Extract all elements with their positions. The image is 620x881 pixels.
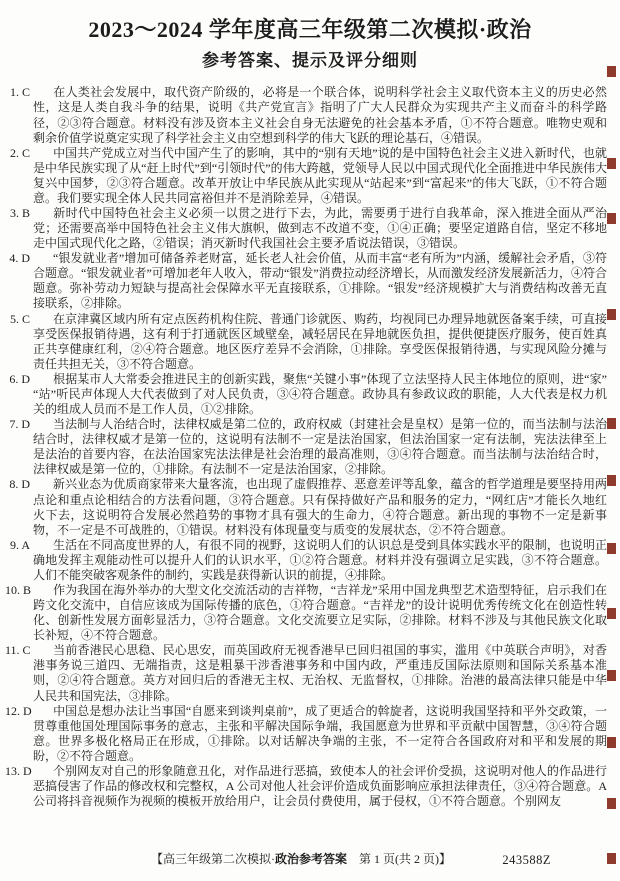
- answer-text: 新兴业态为优质商家带来大量客流，也出现了虚假推荐、恶意差评等乱象，蕴含的哲学道理…: [33, 477, 607, 536]
- answers-section: 1. C在人类社会发展中，取代资产阶级的，必将是一个联合体，说明科学社会主义取代…: [5, 85, 607, 809]
- scan-mark: [607, 66, 616, 77]
- answer-number: 6. D: [5, 372, 30, 387]
- answer-item-6: 6. D根据某市人大常委会推进民主的创新实践，聚焦“关键小事”体现了立法坚持人民…: [5, 372, 607, 417]
- answer-number: 11. C: [5, 643, 30, 658]
- answer-text: 个别网友对自己的形象随意丑化，对作品进行恶搞，致使本人的社会评价受损，这说明对他…: [33, 764, 607, 808]
- footer-caption-prefix: 【高三年级第二次模拟·: [151, 852, 275, 866]
- footer-page-code: 243588Z: [502, 852, 551, 868]
- answer-number: 1. C: [5, 85, 30, 100]
- answer-item-11: 11. C当前香港民心思稳、民心思安，而英国政府无视香港早已回归祖国的事实，滥用…: [5, 643, 607, 703]
- answer-item-4: 4. D“银发就业者”增加可储备养老财富，延长老人社会价值，从而丰富“老有所为”…: [5, 251, 607, 311]
- answer-item-12: 12. D中国总是想办法让当事国“自愿来到谈判桌前”，成了更适合的斡旋者，这说明…: [5, 704, 607, 764]
- scan-mark: [607, 798, 616, 809]
- answer-text: 在京津冀区域内所有定点医药机构住院、普通门诊就医、购药，均视同已办理异地就医备案…: [33, 312, 607, 371]
- answer-item-5: 5. C在京津冀区域内所有定点医药机构住院、普通门诊就医、购药，均视同已办理异地…: [5, 312, 607, 372]
- answer-text: 中国总是想办法让当事国“自愿来到谈判桌前”，成了更适合的斡旋者，这说明我国坚持和…: [33, 704, 607, 763]
- page: 2023～2024 学年度高三年级第二次模拟·政治 参考答案、提示及评分细则 1…: [0, 0, 620, 881]
- scan-mark: [607, 853, 616, 864]
- answer-number: 3. B: [5, 206, 30, 221]
- exam-title: 2023～2024 学年度高三年级第二次模拟·政治: [8, 16, 612, 45]
- answer-number: 9. A: [5, 538, 30, 553]
- scan-mark: [607, 670, 616, 681]
- answer-number: 7. D: [5, 417, 30, 432]
- answer-text: 根据某市人大常委会推进民主的创新实践，聚焦“关键小事”体现了立法坚持人民主体地位…: [33, 372, 607, 416]
- page-footer: 【高三年级第二次模拟·政治参考答案 第 1 页(共 2 页)】 243588Z: [0, 851, 620, 867]
- answer-number: 12. D: [5, 704, 30, 719]
- answer-item-13: 13. D个别网友对自己的形象随意丑化，对作品进行恶搞，致使本人的社会评价受损，…: [5, 764, 607, 809]
- exam-subtitle: 参考答案、提示及评分细则: [8, 49, 612, 73]
- footer-caption-suffix: 第 1 页(共 2 页)】: [347, 852, 451, 866]
- answer-text: 当法制与人治结合时，法律权威是第二位的，政府权威（封建社会是皇权）是第一位的，而…: [33, 417, 607, 476]
- scan-mark: [607, 418, 616, 429]
- answer-item-9: 9. A生活在不同高度世界的人，有很不同的视野，这说明人们的认识总是受到具体实践…: [5, 538, 607, 583]
- answer-number: 5. C: [5, 312, 30, 327]
- answer-number: 13. D: [5, 764, 30, 779]
- scan-mark: [607, 543, 616, 554]
- answer-item-2: 2. C中国共产党成立对当代中国产生了的影响，其中的“别有天地”说的是中国特色社…: [5, 146, 607, 206]
- scan-mark: [607, 213, 616, 224]
- answer-item-10: 10. B作为我国在海外举办的大型文化交流活动的吉祥物，“吉祥龙”采用中国龙典型…: [5, 583, 607, 643]
- answer-text: “银发就业者”增加可储备养老财富，延长老人社会价值，从而丰富“老有所为”内涵，缓…: [33, 251, 607, 310]
- answer-number: 4. D: [5, 251, 30, 266]
- scan-mark: [607, 608, 616, 619]
- answer-item-8: 8. D新兴业态为优质商家带来大量客流，也出现了虚假推荐、恶意差评等乱象，蕴含的…: [5, 477, 607, 537]
- answer-text: 当前香港民心思稳、民心思安，而英国政府无视香港早已回归祖国的事实，滥用《中英联合…: [33, 643, 607, 702]
- scan-mark: [607, 309, 616, 320]
- scan-mark: [607, 158, 616, 169]
- scan-mark: [607, 475, 616, 486]
- answer-text: 中国共产党成立对当代中国产生了的影响，其中的“别有天地”说的是中国特色社会主义进…: [33, 146, 607, 205]
- answer-text: 生活在不同高度世界的人，有很不同的视野，这说明人们的认识总是受到具体实践水平的限…: [33, 538, 607, 582]
- answer-number: 2. C: [5, 146, 30, 161]
- answer-item-1: 1. C在人类社会发展中，取代资产阶级的，必将是一个联合体，说明科学社会主义取代…: [5, 85, 607, 145]
- answer-number: 10. B: [5, 583, 30, 598]
- answer-item-7: 7. D当法制与人治结合时，法律权威是第二位的，政府权威（封建社会是皇权）是第一…: [5, 417, 607, 477]
- scan-mark: [607, 737, 616, 748]
- answer-text: 作为我国在海外举办的大型文化交流活动的吉祥物，“吉祥龙”采用中国龙典型艺术造型特…: [33, 583, 607, 642]
- answer-text: 在人类社会发展中，取代资产阶级的，必将是一个联合体，说明科学社会主义取代资本主义…: [33, 85, 607, 144]
- footer-caption-bold: 政治参考答案: [275, 852, 347, 866]
- answer-number: 8. D: [5, 477, 30, 492]
- answer-text: 新时代中国特色社会主义必须一以贯之进行下去，为此，需要勇于进行自我革命，深入推进…: [33, 206, 607, 250]
- answer-item-3: 3. B新时代中国特色社会主义必须一以贯之进行下去，为此，需要勇于进行自我革命，…: [5, 206, 607, 251]
